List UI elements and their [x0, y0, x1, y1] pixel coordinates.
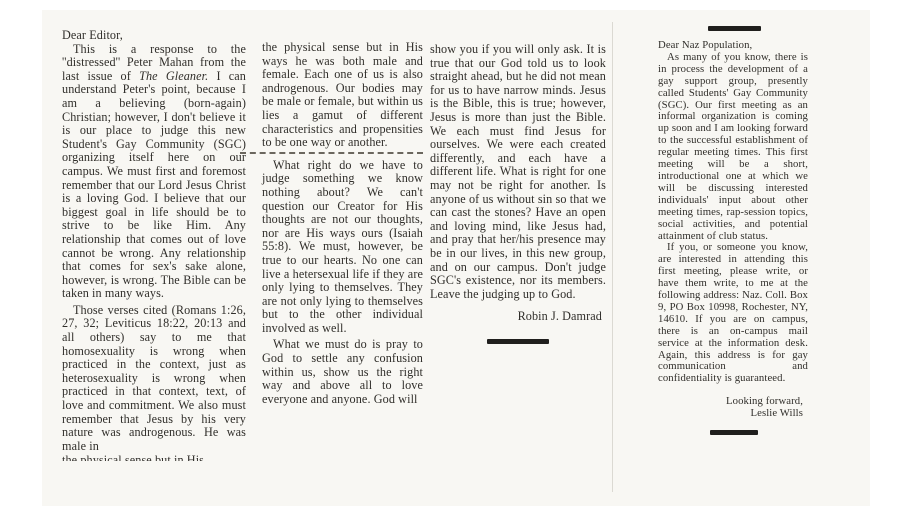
- letter-editor-paragraph-2: Those verses cited (Romans 1:26, 27, 32;…: [62, 304, 246, 454]
- letter-editor-paragraph-3: the physical sense but in His ways he wa…: [262, 41, 423, 150]
- letter-editor-column-2: the physical sense but in His ways he wa…: [262, 41, 423, 406]
- clipped-bottom-line: the physical sense but in His: [62, 454, 246, 461]
- letter-editor-column-3: show you if you will only ask. It is tru…: [430, 43, 606, 344]
- letter-editor-paragraph-1: This is a response to the ''distressed''…: [62, 43, 246, 301]
- letter-editor-column-1: Dear Editor, This is a response to the '…: [62, 29, 246, 501]
- scan-dashed-line-artifact: [240, 152, 423, 154]
- letter-naz-paragraph-1: As many of you know, there is in process…: [658, 52, 808, 243]
- letter-editor-paragraph-6: show you if you will only ask. It is tru…: [430, 43, 606, 301]
- section-divider-bar: [487, 339, 549, 344]
- letter-editor-paragraph-1-continued: I can understand Peter's point, because …: [62, 69, 246, 301]
- clipped-bottom-line-text: the physical sense but in His: [62, 454, 246, 461]
- letter-editor-paragraph-4: What right do we have to judge something…: [262, 159, 423, 336]
- letter-editor-paragraph-5: What we must do is pray to God to settle…: [262, 338, 423, 406]
- scanned-letters-page: Dear Editor, This is a response to the '…: [0, 0, 900, 506]
- letter-naz-column: Dear Naz Population, As many of you know…: [658, 26, 808, 435]
- publication-name-italic: The Gleaner.: [139, 69, 208, 83]
- letter-naz-closing-block: Looking forward, Leslie Wills: [658, 396, 808, 420]
- letter-editor-signature: Robin J. Damrad: [430, 310, 606, 324]
- section-divider-bar-top: [708, 26, 761, 31]
- section-divider-bar-bottom: [710, 430, 758, 435]
- letter-naz-signature: Leslie Wills: [658, 408, 803, 420]
- column-divider-rule: [612, 22, 613, 492]
- letter-editor-salutation: Dear Editor,: [62, 29, 246, 43]
- letter-naz-paragraph-2: If you, or someone you know, are interes…: [658, 242, 808, 385]
